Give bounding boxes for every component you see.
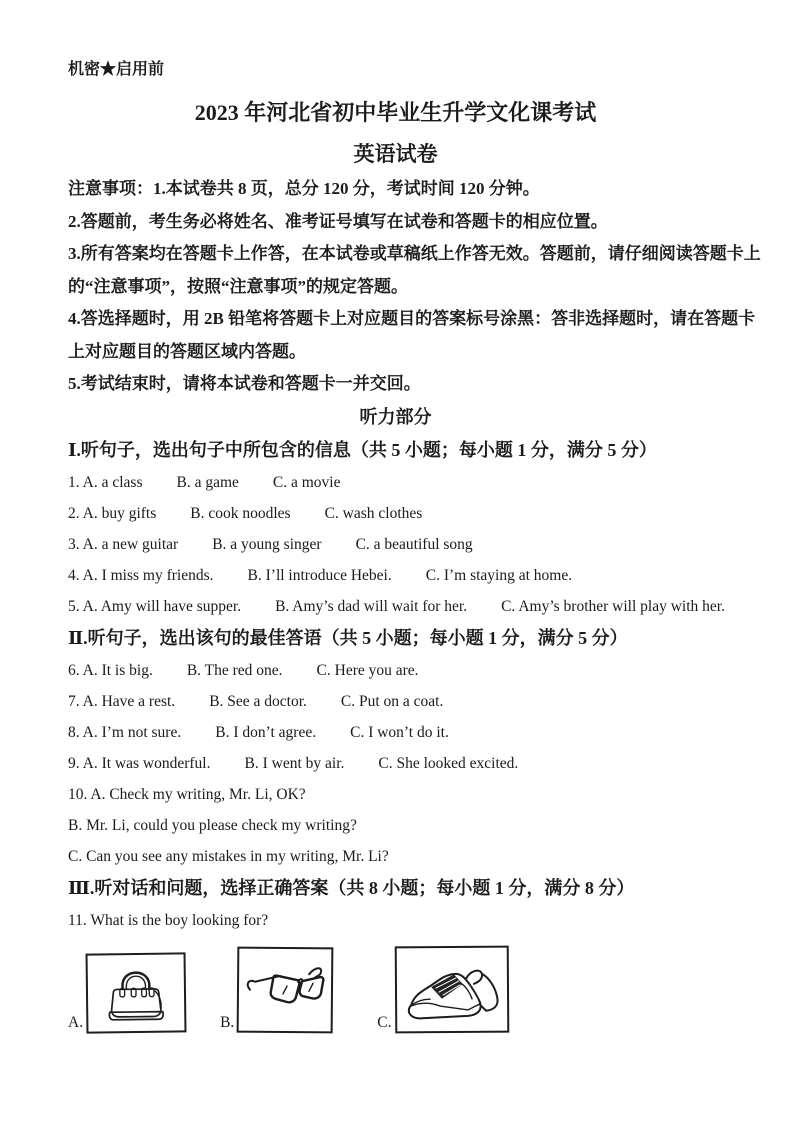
exam-page: 机密★启用前 2023 年河北省初中毕业生升学文化课考试 英语试卷 注意事项：1…: [0, 0, 793, 1122]
notice-line-1: 注意事项：1.本试卷共 8 页，总分 120 分，考试时间 120 分钟。: [68, 173, 723, 206]
question-11-image-options: A. B.: [68, 946, 723, 1033]
security-marking: 机密★启用前: [68, 60, 723, 80]
question-6-option-b: B. The red one.: [187, 662, 283, 679]
question-4-option-b: B. I’ll introduce Hebei.: [248, 567, 392, 584]
notice-line-3b: 的“注意事项”，按照“注意事项”的规定答题。: [68, 271, 723, 304]
question-2-option-b: B. cook noodles: [190, 505, 290, 522]
question-10-option-b-text: B. Mr. Li, could you please check my wri…: [68, 817, 357, 834]
section-1-heading: Ⅰ.听句子，选出句子中所包含的信息（共 5 小题；每小题 1 分，满分 5 分）: [68, 434, 723, 467]
handbag-icon: [100, 961, 173, 1024]
question-6: 6. A. It is big.B. The red one.C. Here y…: [68, 655, 723, 686]
question-2-option-c: C. wash clothes: [325, 505, 423, 522]
question-7-stem-option-a: 7. A. Have a rest.: [68, 693, 175, 710]
question-6-option-c: C. Here you are.: [317, 662, 419, 679]
question-10-option-b: B. Mr. Li, could you please check my wri…: [68, 810, 723, 841]
question-3-option-b: B. a young singer: [212, 536, 321, 553]
question-3-option-c: C. a beautiful song: [356, 536, 473, 553]
question-11: 11. What is the boy looking for?: [68, 905, 723, 936]
image-option-c: C.: [377, 946, 508, 1033]
question-9-option-b: B. I went by air.: [245, 755, 345, 772]
question-9: 9. A. It was wonderful.B. I went by air.…: [68, 748, 723, 779]
question-5: 5. A. Amy will have supper.B. Amy’s dad …: [68, 591, 723, 622]
notice-line-2: 2.答题前，考生务必将姓名、准考证号填写在试卷和答题卡的相应位置。: [68, 206, 723, 239]
question-1: 1. A. a classB. a gameC. a movie: [68, 467, 723, 498]
exam-subtitle: 英语试卷: [68, 142, 723, 166]
notice-line-4b: 上对应题目的答题区域内答题。: [68, 336, 723, 369]
question-7-option-c: C. Put on a coat.: [341, 693, 443, 710]
question-9-stem-option-a: 9. A. It was wonderful.: [68, 755, 211, 772]
listening-part-heading: 听力部分: [68, 401, 723, 434]
notice-block: 注意事项：1.本试卷共 8 页，总分 120 分，考试时间 120 分钟。 2.…: [68, 173, 723, 401]
question-6-stem-option-a: 6. A. It is big.: [68, 662, 153, 679]
question-4: 4. A. I miss my friends.B. I’ll introduc…: [68, 560, 723, 591]
image-option-c-box: [394, 945, 509, 1033]
question-3-stem-option-a: 3. A. a new guitar: [68, 536, 178, 553]
section-2-heading: Ⅱ.听句子，选出该句的最佳答语（共 5 小题；每小题 1 分，满分 5 分）: [68, 622, 723, 655]
question-1-option-b: B. a game: [176, 474, 238, 491]
exam-title: 2023 年河北省初中毕业生升学文化课考试: [68, 100, 723, 126]
section-3-heading: Ⅲ.听对话和问题，选择正确答案（共 8 小题；每小题 1 分，满分 8 分）: [68, 872, 723, 905]
question-8-stem-option-a: 8. A. I’m not sure.: [68, 724, 181, 741]
question-10-option-c-text: C. Can you see any mistakes in my writin…: [68, 848, 389, 865]
image-option-b: B.: [220, 947, 333, 1033]
notice-line-3: 3.所有答案均在答题卡上作答，在本试卷或草稿纸上作答无效。答题前，请仔细阅读答题…: [68, 238, 723, 271]
question-11-text: 11. What is the boy looking for?: [68, 912, 268, 929]
question-8: 8. A. I’m not sure.B. I don’t agree.C. I…: [68, 717, 723, 748]
section-3: Ⅲ.听对话和问题，选择正确答案（共 8 小题；每小题 1 分，满分 8 分） 1…: [68, 872, 723, 1033]
image-option-c-label: C.: [377, 1015, 391, 1031]
question-4-option-c: C. I’m staying at home.: [426, 567, 572, 584]
question-10-option-c: C. Can you see any mistakes in my writin…: [68, 841, 723, 872]
question-1-stem-option-a: 1. A. a class: [68, 474, 142, 491]
question-5-option-b: B. Amy’s dad will wait for her.: [275, 598, 467, 615]
notice-line-4: 4.答选择题时，用 2B 铅笔将答题卡上对应题目的答案标号涂黑：答非选择题时，请…: [68, 303, 723, 336]
sunglasses-icon: [243, 960, 328, 1019]
question-5-stem-option-a: 5. A. Amy will have supper.: [68, 598, 241, 615]
question-10-option-a-text: 10. A. Check my writing, Mr. Li, OK?: [68, 786, 306, 803]
image-option-b-label: B.: [220, 1015, 234, 1031]
image-option-a-label: A.: [68, 1015, 83, 1031]
question-3: 3. A. a new guitarB. a young singerC. a …: [68, 529, 723, 560]
question-2-stem-option-a: 2. A. buy gifts: [68, 505, 156, 522]
image-option-a-box: [86, 952, 187, 1033]
section-1: Ⅰ.听句子，选出句子中所包含的信息（共 5 小题；每小题 1 分，满分 5 分）…: [68, 434, 723, 622]
question-5-option-c: C. Amy’s brother will play with her.: [501, 598, 725, 615]
notice-line-5: 5.考试结束时，请将本试卷和答题卡一并交回。: [68, 368, 723, 401]
question-2: 2. A. buy giftsB. cook noodlesC. wash cl…: [68, 498, 723, 529]
question-1-option-c: C. a movie: [273, 474, 341, 491]
image-option-a: A.: [68, 953, 186, 1033]
question-9-option-c: C. She looked excited.: [378, 755, 518, 772]
question-8-option-b: B. I don’t agree.: [215, 724, 316, 741]
sneakers-icon: [401, 952, 502, 1027]
section-2: Ⅱ.听句子，选出该句的最佳答语（共 5 小题；每小题 1 分，满分 5 分） 6…: [68, 622, 723, 872]
question-8-option-c: C. I won’t do it.: [350, 724, 449, 741]
image-option-b-box: [237, 946, 334, 1033]
question-7: 7. A. Have a rest.B. See a doctor.C. Put…: [68, 686, 723, 717]
question-10-option-a: 10. A. Check my writing, Mr. Li, OK?: [68, 779, 723, 810]
question-7-option-b: B. See a doctor.: [209, 693, 307, 710]
question-4-stem-option-a: 4. A. I miss my friends.: [68, 567, 214, 584]
